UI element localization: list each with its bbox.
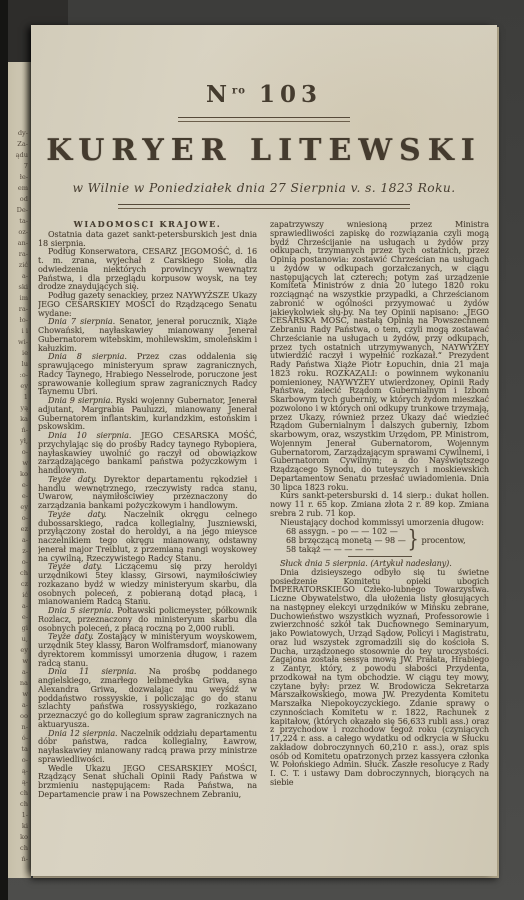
- edge-fragments-spacer: [8, 62, 31, 128]
- edge-text-fragment: ey: [8, 502, 31, 513]
- right-column: zapatrzywszy wniesioną przez Ministra sp…: [270, 220, 489, 834]
- news-paragraph: Dnia dzisieyszego odbyło się tu świetne …: [270, 568, 489, 787]
- edge-text-fragment: w: [8, 689, 31, 700]
- edge-text-fragment: ra-: [8, 304, 31, 315]
- edge-text-fragment: wi-: [8, 337, 31, 348]
- edge-text-fragment: a-: [8, 535, 31, 546]
- edge-text-fragment: ch: [8, 799, 31, 810]
- edge-text-fragment: ło-: [8, 315, 31, 326]
- edge-text-fragment: De-: [8, 205, 31, 216]
- brace-icon: }: [408, 534, 419, 546]
- edge-text-fragment: ez: [8, 524, 31, 535]
- news-paragraph: Dnia 9 sierpnia. Ryski wojenny Gubernato…: [38, 396, 257, 431]
- paragraph-date-lead: Dnia 8 sierpnia.: [48, 351, 137, 361]
- edge-text-fragment: w: [8, 656, 31, 667]
- news-paragraph: Wedle Ukazu JEGO CESARSKIEY MOŚCI, Rządz…: [38, 764, 257, 799]
- edge-text-fragment: an-: [8, 238, 31, 249]
- issue-value: 103: [259, 81, 322, 108]
- edge-text-fragment: yą: [8, 403, 31, 414]
- news-paragraph: Dnia 8 sierpnia. Przez czas oddalenia si…: [38, 352, 257, 396]
- adjacent-page-edge: dy-Za-ądu7łe-emodDe-ta-oz-an-ra-zića-ski…: [8, 62, 31, 878]
- edge-text-fragment: oz-: [8, 227, 31, 238]
- edge-text-fragment: u,: [8, 634, 31, 645]
- edge-text-fragment: ch: [8, 843, 31, 854]
- edge-text-fragment: ko: [8, 469, 31, 480]
- bond-brace-label: procentow,: [421, 536, 465, 545]
- bond-rates-block: 68 assygn. – po — — 102 —68 brzęczącą mo…: [270, 527, 489, 553]
- news-paragraph: Teyże daty. Liczącemu się przy heroldyi …: [38, 562, 257, 606]
- edge-text-fragment: ko: [8, 832, 31, 843]
- paragraph-date-lead: Teyże daty.: [48, 561, 115, 571]
- bond-brace: } procentow,: [408, 536, 466, 545]
- text-columns: WIADOMOŚCI KRAJOWE. Ostatnia data gazet …: [38, 220, 490, 834]
- news-paragraph: Podług gazety senackiey, przez NAYWYŻSZE…: [38, 291, 257, 317]
- edge-text-fragment: od: [8, 194, 31, 205]
- news-paragraph: zapatrzywszy wniesioną przez Ministra sp…: [270, 220, 489, 491]
- edge-text-fragment: cz: [8, 579, 31, 590]
- paragraph-date-lead: Dnia 9 sierpnia.: [48, 395, 116, 405]
- edge-text-fragment: w: [8, 458, 31, 469]
- edge-text-fragment: a-: [8, 667, 31, 678]
- paragraph-date-lead: Teyże daty.: [48, 474, 104, 484]
- edge-text-fragment: em: [8, 183, 31, 194]
- section-divider-rule: [348, 556, 412, 557]
- edge-text-fragment: ski: [8, 282, 31, 293]
- edge-text-fragment: ta-: [8, 216, 31, 227]
- edge-text-fragment: ądu: [8, 150, 31, 161]
- edge-text-fragment: o-: [8, 447, 31, 458]
- edge-text-fragment: oo: [8, 711, 31, 722]
- edge-text-fragment: o-: [8, 755, 31, 766]
- edge-text-fragment: o-: [8, 557, 31, 568]
- newspaper-scan: dy-Za-ądu7łe-emodDe-ta-oz-an-ra-zića-ski…: [0, 0, 524, 900]
- edge-text-fragment: i i: [8, 326, 31, 337]
- edge-text-fragment: ki: [8, 821, 31, 832]
- paragraph-date-lead: Dnia 5 sierpnia.: [48, 605, 117, 615]
- news-paragraph: Kurs sankt-petersburski d. 14 sierp.: du…: [270, 491, 489, 517]
- edge-text-fragment: 1: [8, 392, 31, 403]
- news-paragraph: Teyże daty. Naczelnik okręgu celnego dub…: [38, 510, 257, 563]
- paragraph-date-lead: Dnia 7 sierpnia.: [48, 316, 119, 326]
- edge-text-fragment: ey: [8, 381, 31, 392]
- article-paragraphs: Dnia dzisieyszego odbyło się tu świetne …: [270, 568, 489, 787]
- paragraph-date-lead: Dnia 12 sierpnia.: [48, 728, 120, 738]
- scan-left-black-edge: [0, 0, 8, 900]
- edge-text-fragment: e-: [8, 480, 31, 491]
- paragraph-date-lead: Dnia 11 sierpnia.: [48, 666, 149, 676]
- issue-number: Nro 103: [38, 81, 490, 108]
- edge-text-fragment: im: [8, 293, 31, 304]
- issue-prefix: N: [206, 81, 232, 108]
- news-paragraph: Teyże daty. Zostający w ministeryum woys…: [38, 632, 257, 667]
- edge-text-fragment: ta: [8, 744, 31, 755]
- paragraph-date-lead: Dnia 10 sierpnia.: [48, 430, 141, 440]
- edge-text-fragment: a-: [8, 271, 31, 282]
- double-rule-under-dateline: [118, 204, 410, 209]
- edge-text-fragment: ch: [8, 568, 31, 579]
- edge-text-fragment: ra-: [8, 249, 31, 260]
- news-paragraph: Dnia 12 sierpnia. Naczelnik oddziału dep…: [38, 729, 257, 764]
- edge-text-fragment: o-: [8, 513, 31, 524]
- edge-text-fragment: e-: [8, 491, 31, 502]
- news-paragraph: Dnia 7 sierpnia. Senator, jenerał porucz…: [38, 317, 257, 352]
- edge-text-fragment: ch: [8, 788, 31, 799]
- right-column-paragraphs: zapatrzywszy wniesioną przez Ministra sp…: [270, 220, 489, 526]
- edge-text-fragment: ić: [8, 590, 31, 601]
- edge-text-fragment: ń-: [8, 425, 31, 436]
- news-paragraph: Dnia 10 sierpnia. JEGO CESARSKA MOŚĆ, pr…: [38, 431, 257, 475]
- edge-text-fragment: :o-: [8, 370, 31, 381]
- edge-text-fragment: ie: [8, 348, 31, 359]
- news-paragraph: Teyże daty. Dyrektor departamentu rękodz…: [38, 475, 257, 510]
- edge-text-fragment: ka: [8, 414, 31, 425]
- edge-text-fragment: gi: [8, 623, 31, 634]
- edge-text-fragment: łe-: [8, 172, 31, 183]
- section-heading: WIADOMOŚCI KRAJOWE.: [38, 220, 257, 229]
- bond-rate-lines: 68 assygn. – po — — 102 —68 brzęczącą mo…: [270, 527, 406, 553]
- edge-text-fragment: ył,: [8, 436, 31, 447]
- edge-text-fragment: 1-: [8, 810, 31, 821]
- bond-rate-line: 58 takąż — — — — —: [270, 545, 406, 554]
- news-paragraph: Podług Konserwatora, CESARZ JEGOMOŚĆ, d.…: [38, 247, 257, 291]
- edge-text-fragment: ń-: [8, 854, 31, 865]
- edge-text-fragment: e-: [8, 612, 31, 623]
- edge-text-fragment: a-: [8, 601, 31, 612]
- edge-text-fragment: a-: [8, 700, 31, 711]
- edge-text-fragment: ó-: [8, 733, 31, 744]
- edge-text-fragment: n-: [8, 722, 31, 733]
- paragraph-date-lead: Teyże daty.: [48, 509, 124, 519]
- news-paragraph: Dnia 5 sierpnia. Połtawski policmeyster,…: [38, 606, 257, 632]
- edge-text-fragment: ey: [8, 645, 31, 656]
- edge-text-fragment: 7: [8, 161, 31, 172]
- edge-text-fragment: na: [8, 678, 31, 689]
- edge-text-fragment: z-: [8, 546, 31, 557]
- edge-text-fragment: Za-: [8, 139, 31, 150]
- edge-text-fragment: lu: [8, 359, 31, 370]
- paragraph-date-lead: Teyże daty.: [48, 631, 98, 641]
- edge-text-fragment: zić: [8, 260, 31, 271]
- left-column-paragraphs: Ostatnia data gazet sankt-petersburskich…: [38, 230, 257, 799]
- news-paragraph: Ostatnia data gazet sankt-petersburskich…: [38, 230, 257, 248]
- edge-fragments-list: dy-Za-ądu7łe-emodDe-ta-oz-an-ra-zića-ski…: [8, 128, 31, 865]
- edge-text-fragment: dy-: [8, 128, 31, 139]
- edge-text-fragment: ą-: [8, 766, 31, 777]
- dateline: w Wilnie w Poniedziałek dnia 27 Sierpnia…: [38, 181, 490, 195]
- edge-text-fragment: ą-: [8, 777, 31, 788]
- left-column: WIADOMOŚCI KRAJOWE. Ostatnia data gazet …: [38, 220, 257, 834]
- issue-superscript: ro: [232, 85, 246, 96]
- news-paragraph: Nieustający dochod kommissyi umorzenia d…: [270, 518, 489, 527]
- masthead-title: KURYER LITEWSKI: [38, 133, 490, 168]
- newspaper-page: Nro 103 KURYER LITEWSKI w Wilnie w Ponie…: [31, 25, 497, 876]
- double-rule-top: [178, 117, 350, 122]
- news-paragraph: Dnia 11 sierpnia. Na prośbę poddanego an…: [38, 667, 257, 728]
